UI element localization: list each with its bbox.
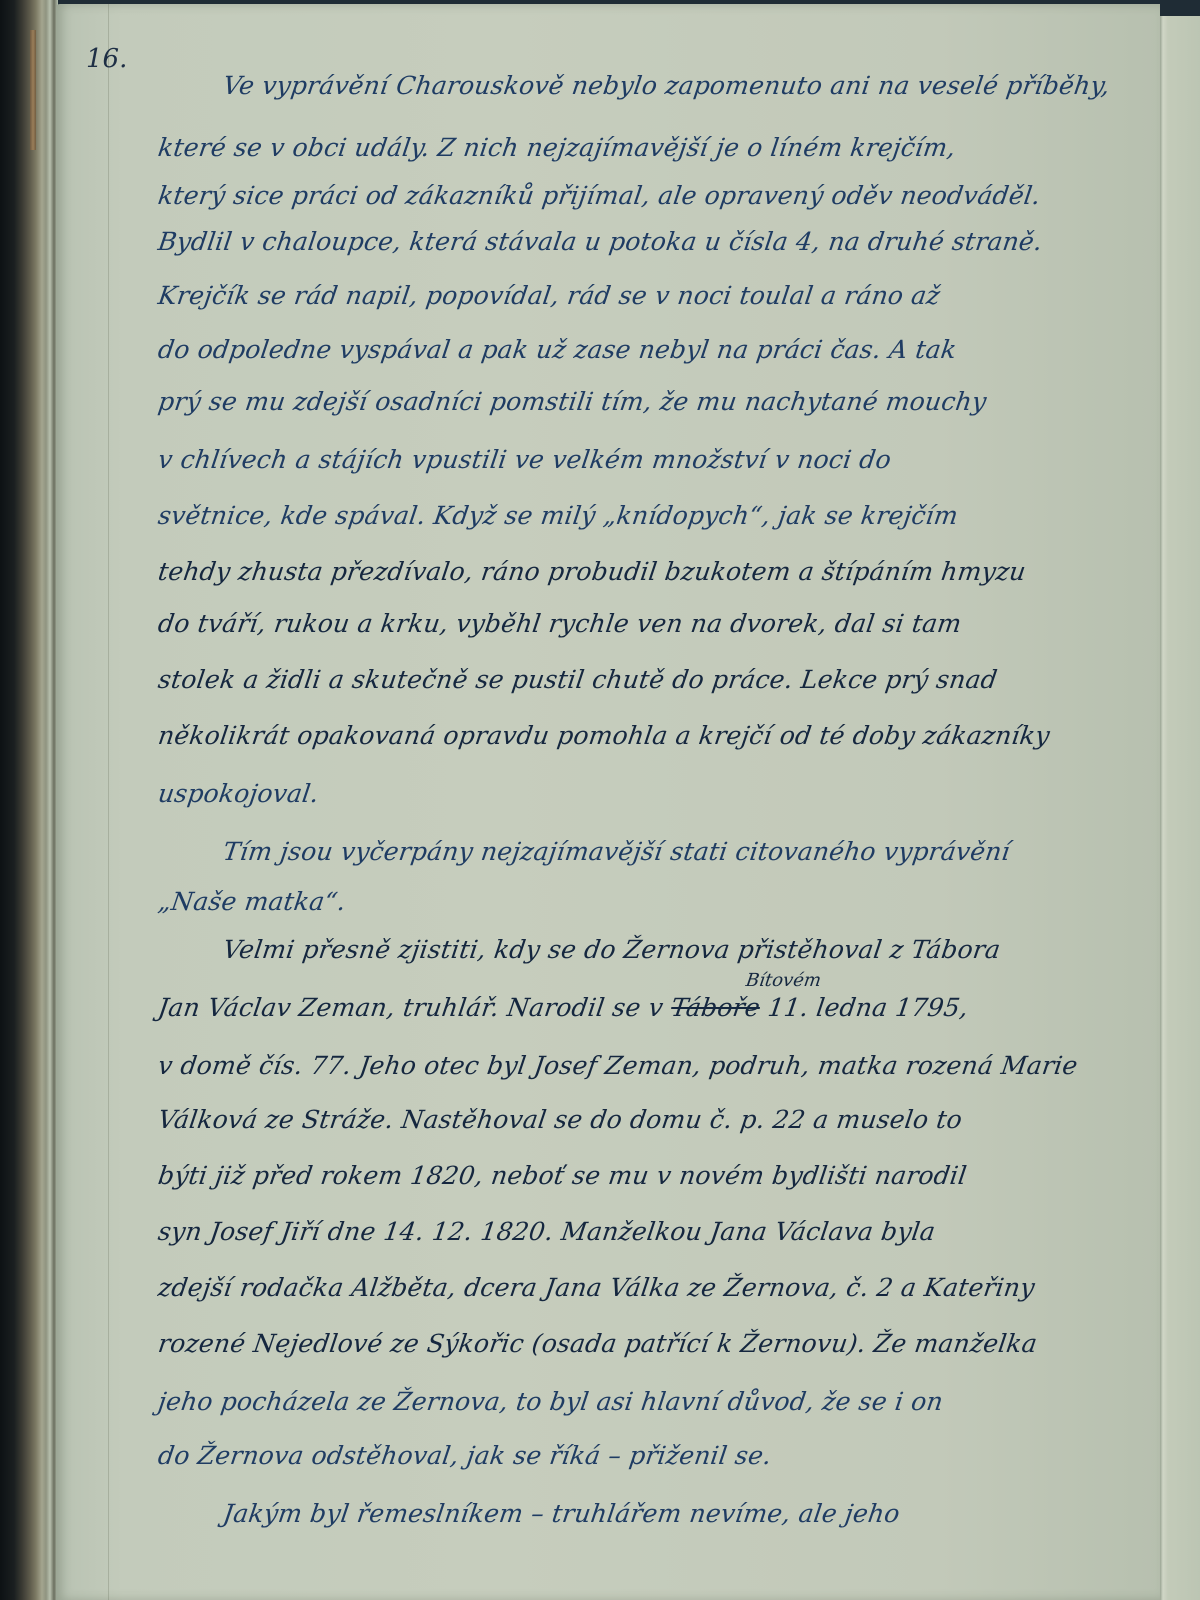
page-number: 16. xyxy=(86,44,127,74)
line-start: Jan Václav Zeman, truhlář. Narodil se v xyxy=(156,993,665,1022)
text-line: býti již před rokem 1820, neboť se mu v … xyxy=(156,1160,1150,1192)
text-line: který sice práci od zákazníků přijímal, … xyxy=(156,180,1150,212)
binding-wear xyxy=(30,30,36,150)
text-line: „Naše matka“. xyxy=(156,886,1150,918)
chronicle-page: 16. Ve vyprávění Charouskově nebylo zapo… xyxy=(56,4,1160,1600)
text-line: syn Josef Jiří dne 14. 12. 1820. Manželk… xyxy=(156,1216,1150,1248)
text-line: Velmi přesně zjistiti, kdy se do Žernova… xyxy=(221,934,1200,966)
inserted-correction: Bítovém xyxy=(745,970,823,991)
text-line: Tím jsou vyčerpány nejzajímavější stati … xyxy=(221,836,1200,868)
margin-line xyxy=(108,4,109,1600)
text-line: stolek a židli a skutečně se pustil chut… xyxy=(156,664,1150,696)
text-line: uspokojoval. xyxy=(156,778,1150,810)
text-line: jeho pocházela ze Žernova, to byl asi hl… xyxy=(156,1386,1150,1418)
struck-word: Táboře xyxy=(669,993,762,1022)
text-line: Bydlil v chaloupce, která stávala u poto… xyxy=(156,226,1150,258)
text-line: zdejší rodačka Alžběta, dcera Jana Válka… xyxy=(156,1272,1150,1304)
book-binding xyxy=(0,0,58,1600)
text-line: světnice, kde spával. Když se milý „kníd… xyxy=(156,500,1150,532)
line-tail: 11. ledna 1795, xyxy=(766,993,970,1022)
text-line-with-correction: Jan Václav Zeman, truhlář. Narodil se v … xyxy=(156,992,1150,1024)
text-line: v domě čís. 77. Jeho otec byl Josef Zema… xyxy=(156,1050,1150,1082)
text-line: do odpoledne vyspával a pak už zase neby… xyxy=(156,334,1150,366)
text-line: prý se mu zdejší osadníci pomstili tím, … xyxy=(156,386,1150,418)
text-line: Válková ze Stráže. Nastěhoval se do domu… xyxy=(156,1104,1150,1136)
scanned-page: 16. Ve vyprávění Charouskově nebylo zapo… xyxy=(0,0,1200,1600)
next-page-edge xyxy=(1160,16,1200,1600)
text-line: tehdy zhusta přezdívalo, ráno probudil b… xyxy=(156,556,1150,588)
text-line: které se v obci udály. Z nich nejzajímav… xyxy=(156,132,1150,164)
text-line: do Žernova odstěhoval, jak se říká – při… xyxy=(156,1440,1150,1472)
text-line: rozené Nejedlové ze Sýkořic (osada patří… xyxy=(156,1328,1150,1360)
text-line: v chlívech a stájích vpustili ve velkém … xyxy=(156,444,1150,476)
text-line: do tváří, rukou a krku, vyběhl rychle ve… xyxy=(156,608,1150,640)
text-line: Jakým byl řemeslníkem – truhlářem nevíme… xyxy=(221,1498,1200,1530)
text-line: Ve vyprávění Charouskově nebylo zapomenu… xyxy=(221,70,1200,102)
text-line: několikrát opakovaná opravdu pomohla a k… xyxy=(156,720,1150,752)
text-line: Krejčík se rád napil, popovídal, rád se … xyxy=(156,280,1150,312)
